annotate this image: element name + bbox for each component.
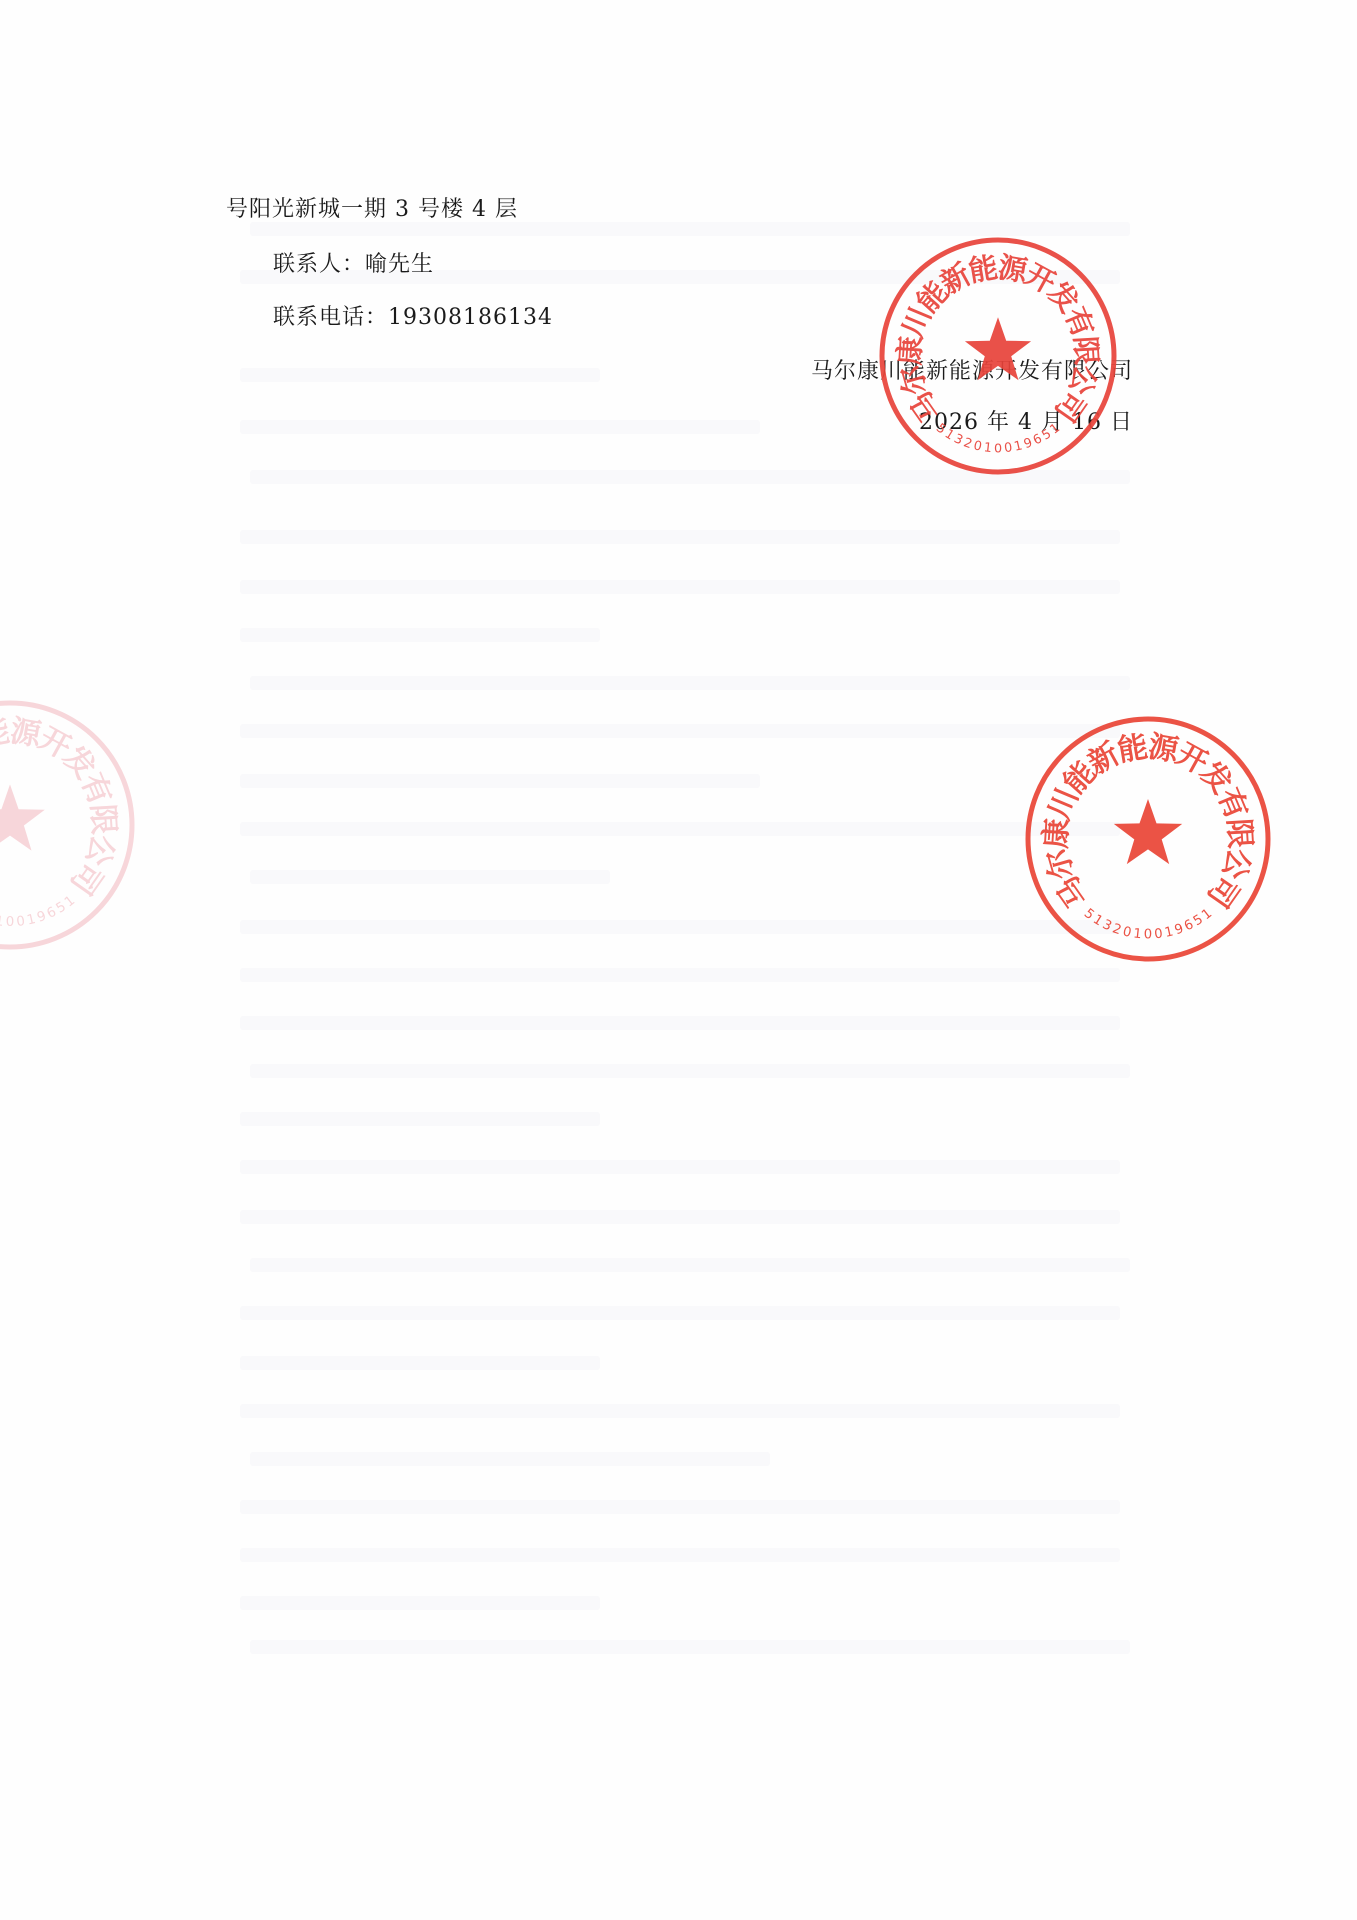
svg-text:源: 源 bbox=[8, 714, 44, 754]
contact-person-label: 联系人： bbox=[273, 252, 365, 277]
contact-phone-value: 19308186134 bbox=[388, 305, 553, 330]
svg-text:6: 6 bbox=[1182, 917, 1196, 934]
svg-text:1: 1 bbox=[62, 893, 78, 910]
svg-text:能: 能 bbox=[0, 713, 12, 754]
svg-text:有: 有 bbox=[1210, 783, 1254, 824]
svg-text:9: 9 bbox=[1173, 921, 1186, 938]
signature-date: 2026 年 4 月 16 日 bbox=[919, 408, 1133, 438]
svg-text:限: 限 bbox=[84, 803, 121, 836]
svg-text:发: 发 bbox=[56, 739, 103, 786]
svg-text:9: 9 bbox=[35, 909, 48, 926]
svg-text:0: 0 bbox=[1154, 926, 1164, 942]
svg-text:1: 1 bbox=[1013, 438, 1024, 454]
svg-text:川: 川 bbox=[1042, 783, 1086, 824]
svg-text:限: 限 bbox=[1221, 817, 1258, 849]
contact-phone-label: 联系电话： bbox=[273, 305, 388, 330]
contact-phone-line: 联系电话：19308186134 bbox=[273, 303, 553, 333]
svg-text:6: 6 bbox=[45, 905, 59, 922]
svg-text:川: 川 bbox=[895, 302, 938, 342]
svg-text:有: 有 bbox=[74, 768, 118, 810]
svg-text:能: 能 bbox=[1115, 729, 1150, 769]
svg-text:开: 开 bbox=[1170, 737, 1213, 782]
svg-text:开: 开 bbox=[33, 721, 77, 767]
contact-person-line: 联系人：喻先生 bbox=[273, 250, 434, 280]
svg-text:1: 1 bbox=[26, 912, 38, 929]
svg-text:0: 0 bbox=[6, 915, 15, 930]
svg-text:马: 马 bbox=[1050, 869, 1096, 914]
svg-text:尔: 尔 bbox=[1039, 845, 1081, 883]
document-page: 号阳光新城一期 3 号楼 4 层 联系人：喻先生 联系电话：1930818613… bbox=[0, 0, 1357, 1920]
svg-text:1: 1 bbox=[0, 914, 4, 930]
svg-text:1: 1 bbox=[1163, 924, 1174, 940]
svg-text:0: 0 bbox=[1144, 928, 1152, 943]
svg-text:公: 公 bbox=[78, 831, 120, 870]
contact-person-value: 喻先生 bbox=[365, 252, 434, 277]
svg-text:5: 5 bbox=[54, 899, 69, 916]
svg-text:5: 5 bbox=[1191, 912, 1206, 929]
svg-text:0: 0 bbox=[1003, 440, 1013, 456]
svg-text:公: 公 bbox=[1215, 845, 1257, 883]
svg-text:能: 能 bbox=[1057, 755, 1103, 801]
svg-text:有: 有 bbox=[1058, 302, 1101, 342]
svg-text:0: 0 bbox=[1121, 924, 1132, 940]
svg-text:司: 司 bbox=[1200, 869, 1246, 914]
svg-text:1: 1 bbox=[983, 440, 993, 456]
svg-text:0: 0 bbox=[16, 914, 26, 930]
svg-text:司: 司 bbox=[63, 856, 109, 901]
cross-page-seal-left: 马尔康川能新能源开发有限公司5132010019651 bbox=[0, 700, 135, 950]
svg-text:1: 1 bbox=[1199, 906, 1215, 923]
address-line: 号阳光新城一期 3 号楼 4 层 bbox=[226, 195, 518, 225]
signatory-company: 马尔康川能新能源开发有限公司 bbox=[811, 357, 1133, 387]
svg-text:0: 0 bbox=[994, 441, 1002, 456]
svg-text:发: 发 bbox=[1193, 755, 1239, 801]
svg-text:新: 新 bbox=[1082, 737, 1125, 782]
svg-text:0: 0 bbox=[972, 438, 983, 454]
svg-text:源: 源 bbox=[1146, 729, 1182, 769]
svg-text:1: 1 bbox=[1132, 926, 1142, 942]
